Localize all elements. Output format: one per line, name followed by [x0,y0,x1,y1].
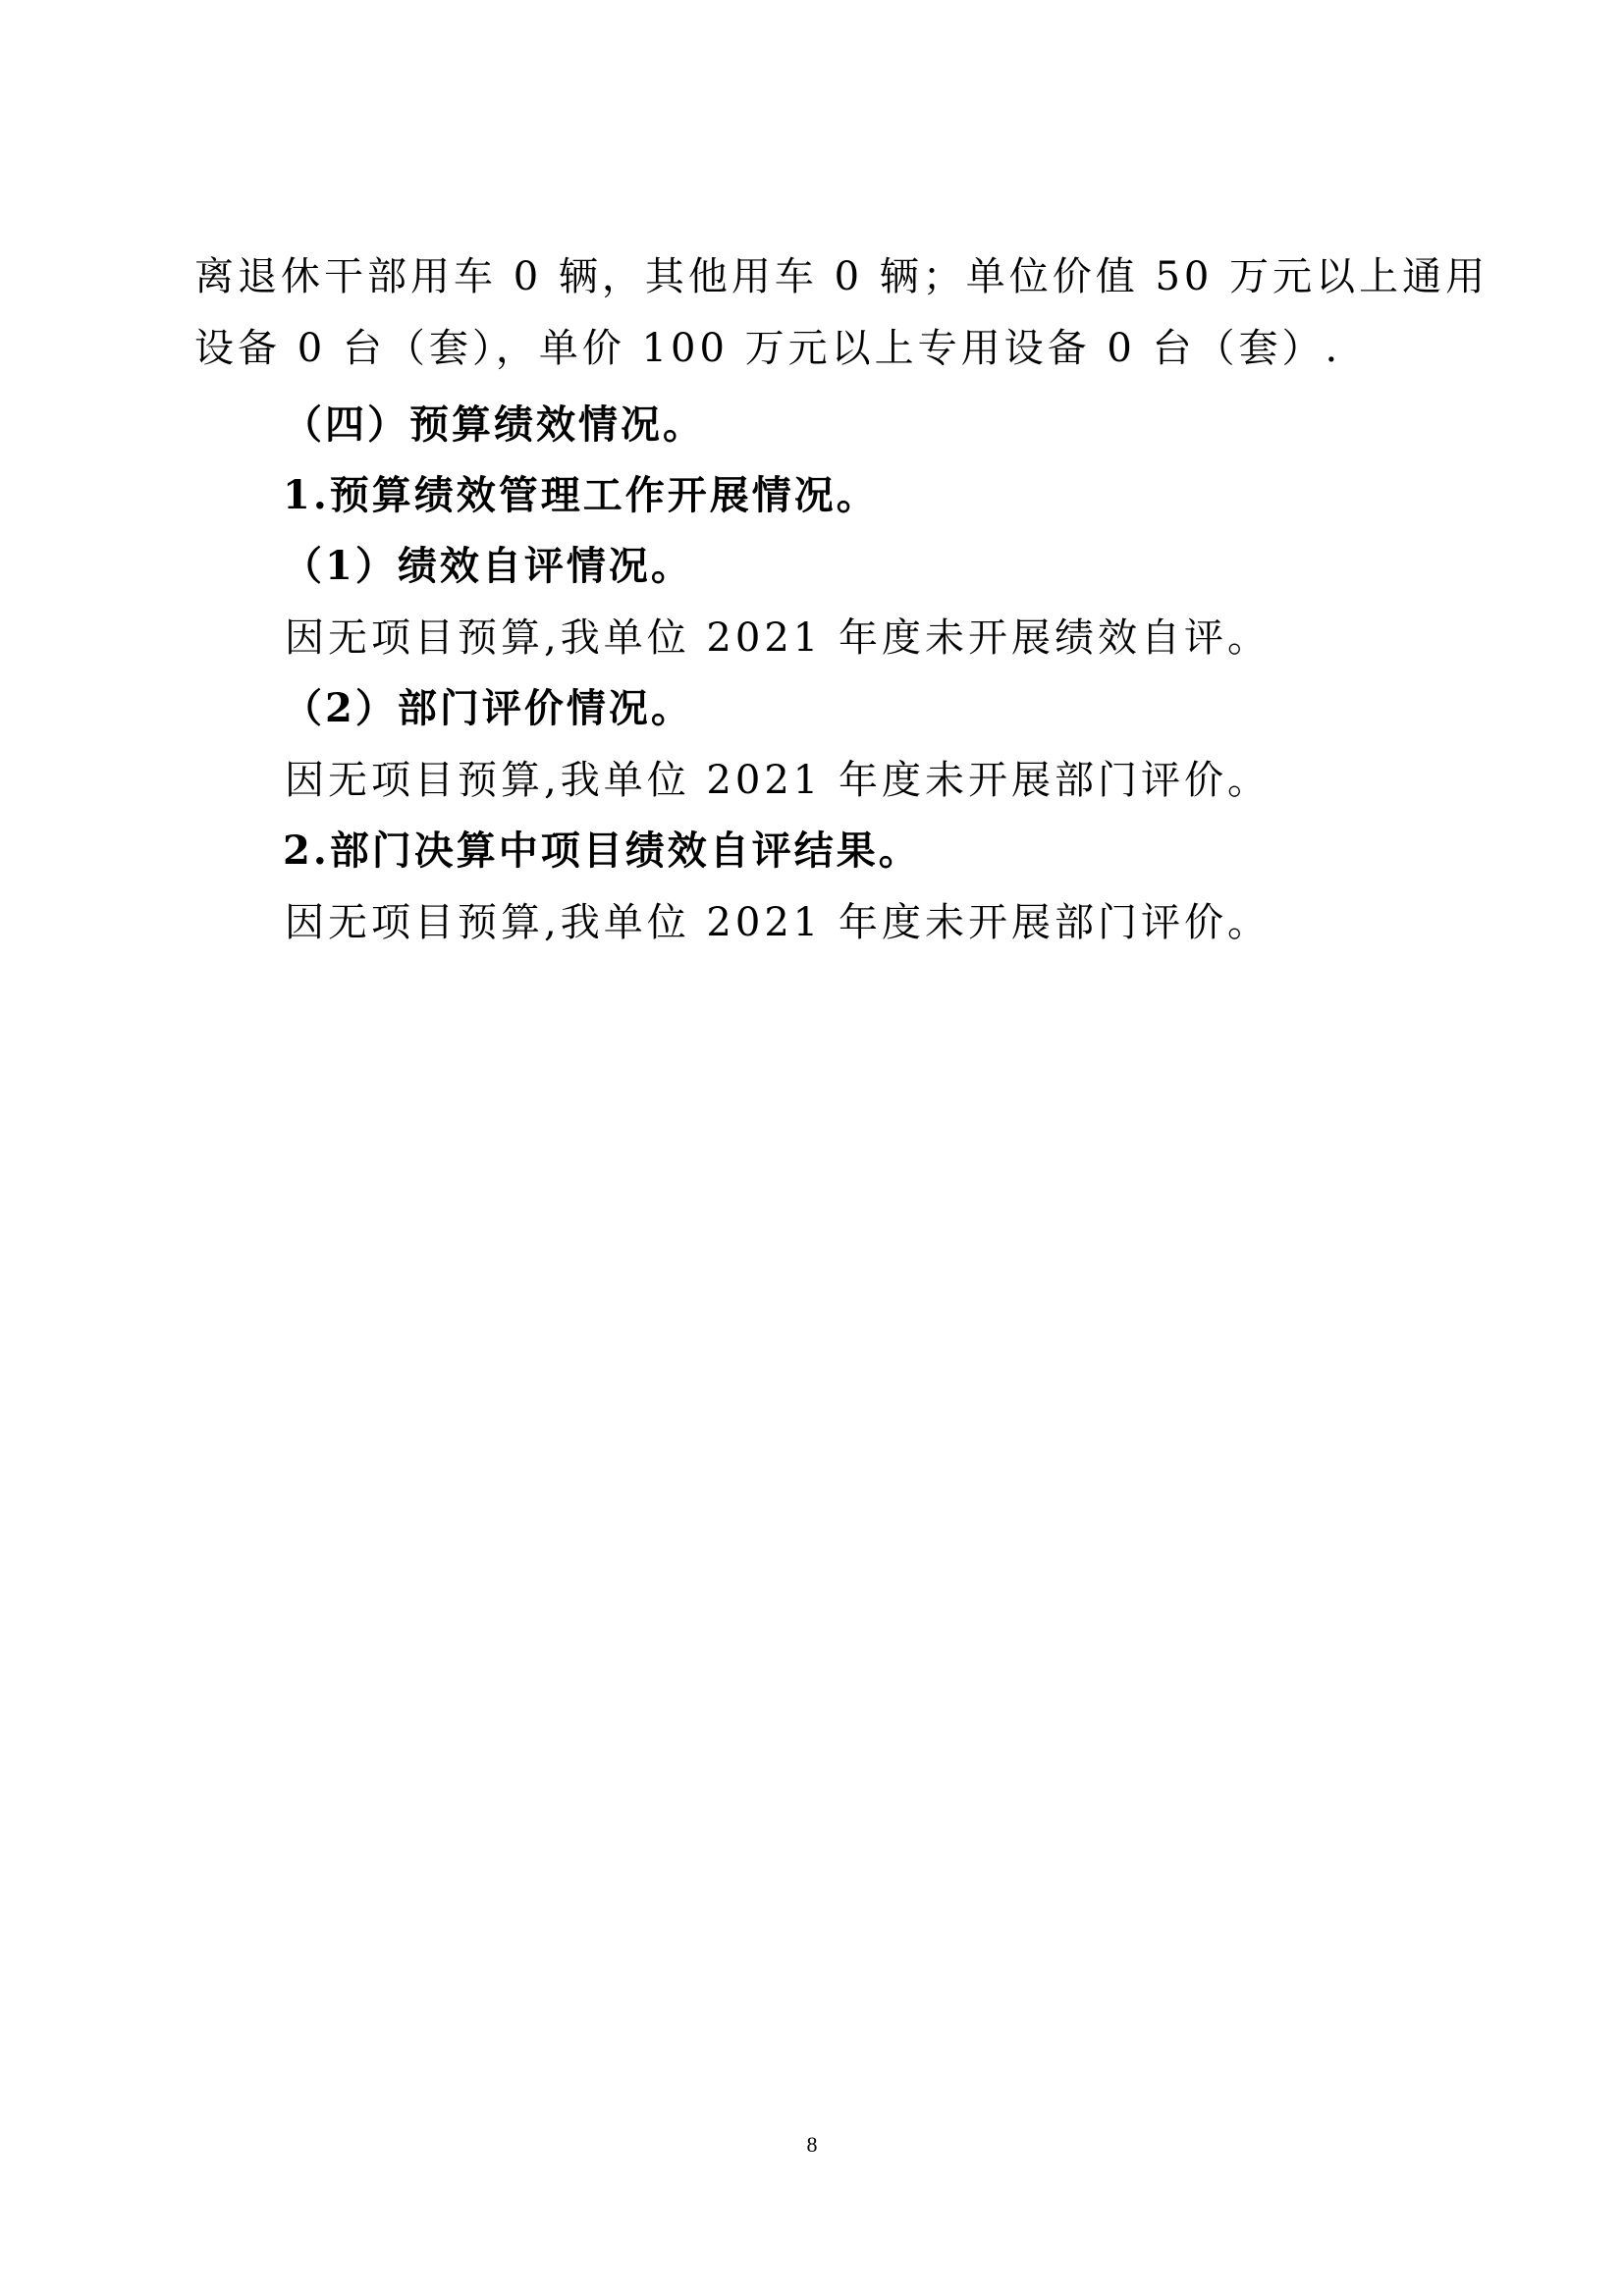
subheading-self-evaluation: （1）绩效自评情况。 [283,531,693,602]
paragraph-department-evaluation: 因无项目预算,我单位 2021 年度未开展部门评价。 [285,745,1271,816]
paragraph-project-results: 因无项目预算,我单位 2021 年度未开展部门评价。 [285,887,1271,958]
page-number: 8 [0,2132,1624,2158]
subheading-project-results: 2.部门决算中项目绩效自评结果。 [283,816,921,886]
paragraph-equipment: 设备 0 台（套），单价 100 万元以上专用设备 0 台（套）. [194,313,1341,384]
subheading-management-work: 1.预算绩效管理工作开展情况。 [283,460,879,531]
section-heading-performance: （四）预算绩效情况。 [283,390,705,460]
subheading-department-evaluation: （2）部门评价情况。 [283,673,693,744]
paragraph-self-evaluation: 因无项目预算,我单位 2021 年度未开展绩效自评。 [285,603,1271,673]
document-page: 离退休干部用车 0 辆，其他用车 0 辆；单位价值 50 万元以上通用 设备 0… [0,0,1624,2296]
paragraph-vehicles-continued: 离退休干部用车 0 辆，其他用车 0 辆；单位价值 50 万元以上通用 [194,241,1489,312]
